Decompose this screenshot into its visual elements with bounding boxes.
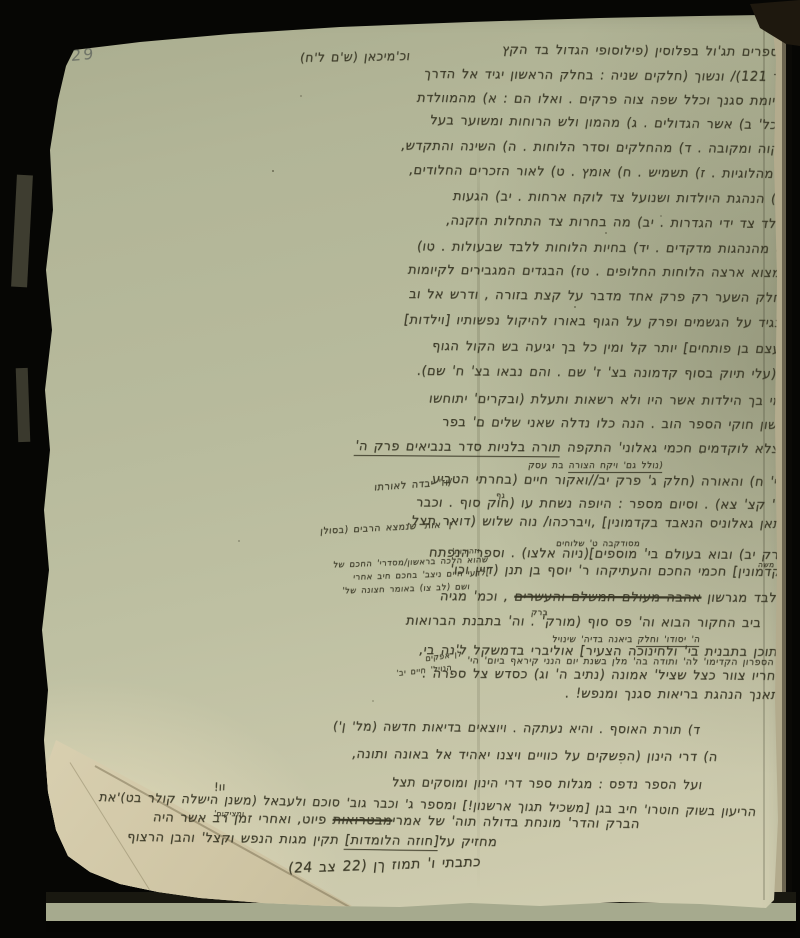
scan-background: 29 וכ'מיכאן (ש'ם ל'ח)מספרים תג'ול בפלוסי… <box>0 0 800 938</box>
manuscript-line: כתבתי ו' תמוז ךן (22 צב 24) <box>287 855 481 876</box>
handwritten-text: בת עסק <box>527 461 569 471</box>
handwritten-text: ן' אות' שנמצא הרבים (בסולן <box>320 519 453 537</box>
paper-speck <box>605 232 607 234</box>
header-note: וכ'מיכאן (ש'ם ל'ח) <box>299 50 411 64</box>
handwritten-text: יא) הנהגת היולדות ושנועל צד לוקח ארחות .… <box>452 189 790 207</box>
paper-speck <box>372 700 374 702</box>
handwritten-text: ואחריו צוור כצל שציל' אמונה (נתיב ה' וג)… <box>421 666 790 684</box>
manuscript-line: סי' ח) והאורה (חלק ג' פרק יב//ואקור חיים… <box>431 473 787 489</box>
handwritten-text: יג) מהנהגות מדקדים . יד) בחיות הלוחות לל… <box>416 239 791 257</box>
underlined-text: תורה בלניות סדר בנביאים פרק ה' <box>354 439 563 457</box>
paper-speck <box>620 762 622 764</box>
manuscript-line: תצלא לוקדמים חכמי גאלוני' התקפה תורה בלנ… <box>354 440 790 456</box>
paper-speck <box>660 215 662 217</box>
handwritten-text: צד 121)/ ונשוך (חלקים שניה : בחלק הראשון… <box>423 67 790 85</box>
handwritten-text: מחזיק על <box>438 834 499 850</box>
under-page-sliver-left <box>16 368 31 442</box>
handwritten-text: ה) דרי הינון (הפשקים על כוויים ויצנו יאה… <box>351 747 719 765</box>
manuscript-line: ואחריו צוור כצל שציל' אמונה (נתיב ה' וג)… <box>421 667 790 683</box>
handwritten-text: מספרים תג'ול בפלוסין (פילוסופי הגדול בד … <box>501 43 790 60</box>
handwritten-text: הנגיד על הגשמים ופרק על הגוף באורו להיקו… <box>403 313 790 331</box>
handwritten-text: ועל הספר נדפס : מגלות ספר דרי הינון ומוס… <box>391 774 704 792</box>
manuscript-line: ה) דרי הינון (הפשקים על כוויים ויצנו יאה… <box>351 748 719 764</box>
handwritten-text: הברק והדר' מונחת בדולה תוה' של אמרי <box>391 814 641 832</box>
handwritten-text: תקוה ומקובה . ד) מהחלקים וסדר הלוחות . ה… <box>400 139 790 157</box>
manuscript-line: כתאן גאלוניס הנאבד בקדמונין] ,ויברכהו/ נ… <box>406 515 790 531</box>
handwritten-text: ומי בך הילדות אשר היו ולא רשאות ותעלת (ו… <box>428 392 787 409</box>
handwritten-text: ד) תורת האוסף . והיא נעתקה . ויוצאים בדי… <box>332 718 702 737</box>
under-page-sliver-left <box>11 175 33 288</box>
handwritten-text: /וז' יבדה לאורתו <box>374 477 453 494</box>
struck-text: אהבה מעולם חמשלם והעשרים <box>514 590 703 606</box>
manuscript-line: צד 121)/ ונשוך (חלקים שניה : בחלק הראשון… <box>423 68 790 84</box>
paper-speck <box>238 540 240 542</box>
handwritten-text: כתבתי ו' תמוז ךן (22 צב 24) <box>287 854 481 877</box>
handwritten-text: ויחלק השער רק פרק אחד מדבר על קצת בזורה … <box>408 287 791 306</box>
manuscript-line: למצוא ארצה הלוחות החלופים . טז) הבגדים ה… <box>407 264 790 280</box>
margin-note: /וז' יבדה לאורתו <box>374 478 453 494</box>
handwritten-text: וקיומת סגנך וכלל שפה צוה פרקים . ואלו הם… <box>416 91 790 109</box>
manuscript-line: ד) תורת האוסף . והיא נעתקה . ויוצאים בדי… <box>332 720 701 736</box>
paper-speck <box>545 612 547 614</box>
handwritten-text: בקדמונין] חכמי החכם והעתיקהו ר' יוסף בן … <box>449 563 790 580</box>
handwritten-text: כתאן גאלוניס הנאבד בקדמונין] ,ויברכהו/ נ… <box>406 514 790 532</box>
handwritten-text: גף <box>495 491 505 500</box>
handwritten-text: סי' ח) והאורה (חלק ג' פרק יב//ואקור חיים… <box>431 472 787 490</box>
page-number-pencil: 29 <box>71 44 96 65</box>
manuscript-line: (עלי תיוק בסוף קדמונה בצ' ז' שם . והם נב… <box>416 365 777 381</box>
manuscript-line: ביב החקור הבוא וה' פס סוף (מורק' . וה' ב… <box>405 615 762 630</box>
margin-note: וזהירות' <box>452 547 480 555</box>
handwritten-text: ולשון חוקי הספר הוב . הנה כלו נדלה שאני … <box>441 415 791 433</box>
paper-speck <box>430 250 432 252</box>
manuscript-line: גף <box>495 492 505 500</box>
paper-speck <box>700 452 702 454</box>
handwritten-text: ו) מהלוגיות . ז) תשמיש . ח) אומץ . ט) לא… <box>408 163 790 182</box>
handwritten-text: עצם בן פותחים] יותר קל ומין כל בך יגיעה … <box>431 339 782 357</box>
manuscript-line: ויחלק השער רק פרק אחד מדבר על קצת בזורה … <box>408 288 790 305</box>
handwritten-text: ]לדעי חיים ניצב' בחכם חיב אחרי <box>353 568 491 583</box>
manuscript-line: מספרים תג'ול בפלוסין (פילוסופי הגדול בד … <box>501 44 789 59</box>
paper-speck <box>300 95 302 97</box>
manuscript-line: בקדמונין] חכמי החכם והעתיקהו ר' יוסף בן … <box>449 564 790 579</box>
manuscript-line: תקוה ומקובה . ד) מהחלקים וסדר הלוחות . ה… <box>400 140 790 156</box>
paper-speck <box>512 398 514 400</box>
handwritten-text: למצוא ארצה הלוחות החלופים . טז) הבגדים ה… <box>407 263 790 281</box>
margin-tick: ן <box>793 644 797 652</box>
manuscript-line: ו) מהלוגיות . ז) תשמיש . ח) אומץ . ט) לא… <box>408 164 790 181</box>
manuscript-line: הנגיד על הגשמים ופרק על הגוף באורו להיקו… <box>403 314 790 330</box>
manuscript-line: יא) הנהגת היולדות ושנועל צד לוקח ארחות .… <box>452 190 790 206</box>
handwritten-text: (עלי תיוק בסוף קדמונה בצ' ז' שם . והם נב… <box>415 364 777 382</box>
manuscript-line: בילד צד ידי הגדרות . יב) מה בחרות צד התח… <box>445 214 789 231</box>
manuscript-line: וכל' ב) אשר הגדולים . ג) מהמון ולש הרוחו… <box>429 114 782 132</box>
margin-tick: ׀ <box>793 474 797 483</box>
handwritten-text: בילד צד ידי הגדרות . יב) מה בחרות צד התח… <box>445 213 789 232</box>
paper-speck <box>574 306 576 308</box>
margin-note: ]לדעי חיים ניצב' בחכם חיב אחרי <box>353 569 490 582</box>
underlined-text: [חוזה הלומדות] <box>343 833 439 851</box>
handwritten-text: וכל' ב) אשר הגדולים . ג) מהמון ולש הרוחו… <box>429 113 783 133</box>
handwritten-text: ן <box>793 643 797 652</box>
manuscript-line: ובלבד מגרשון אהבה מעולם חמשלם והעשרים , … <box>439 590 790 605</box>
manuscript-line: ומי בך הילדות אשר היו ולא רשאות ותעלת (ו… <box>428 393 787 408</box>
margin-note: ן' אות' שנמצא הרבים (בסולן <box>320 520 453 536</box>
handwritten-text: תצלא לוקדמים חכמי גאלוני' התקפה <box>560 440 790 457</box>
manuscript-line: גץ' קצ' צא) . וסיום מספר : היופה נשחת עו… <box>415 496 789 512</box>
manuscript-line: ולשון חוקי הספר הוב . הנה כלו נדלה שאני … <box>441 416 790 432</box>
manuscript-line: (נולל גם' ויקח הצורה בת עסק <box>527 462 663 471</box>
manuscript-page: 29 וכ'מיכאן (ש'ם ל'ח)מספרים תג'ול בפלוסי… <box>0 0 800 938</box>
handwritten-text: פיוט, ואחרי זמן רב אשר היה <box>152 810 334 827</box>
handwritten-text: שתאנך הנהגת בריאות סגנך ומנפש! . <box>563 686 790 703</box>
manuscript-line: וקיומת סגנך וכלל שפה צוה פרקים . ואלו הם… <box>416 92 790 108</box>
manuscript-line: עצם בן פותחים] יותר קל ומין כל בך יגיעה … <box>431 340 782 356</box>
struck-text: מבטרואות <box>332 813 394 829</box>
underlined-text: (נולל גם' ויקח הצורה <box>568 461 664 473</box>
manuscript-line: ועל הספר נדפס : מגלות ספר דרי הינון ומוס… <box>391 776 703 791</box>
handwritten-text: תקין מגות הנפש וקצל' והבן הרצוף <box>126 830 346 848</box>
paper-speck <box>272 170 274 172</box>
handwritten-text: גץ' קצ' צא) . וסיום מספר : היופה נשחת עו… <box>415 495 790 513</box>
manuscript-line: יג) מהנהגות מדקדים . יד) בחיות הלוחות לל… <box>416 240 791 256</box>
manuscript-line: שתאנך הנהגת בריאות סגנך ומנפש! . <box>564 687 790 702</box>
manuscript-line: זה הספרון הקדימו' לה' ותודה בה' מלן בשנת… <box>466 656 790 667</box>
handwritten-text: ׀ <box>793 473 797 483</box>
handwritten-text: וכ'מיכאן (ש'ם ל'ח) <box>299 48 411 65</box>
handwritten-text: ביב החקור הבוא וה' פס סוף (מורק' . וה' ב… <box>405 614 762 631</box>
